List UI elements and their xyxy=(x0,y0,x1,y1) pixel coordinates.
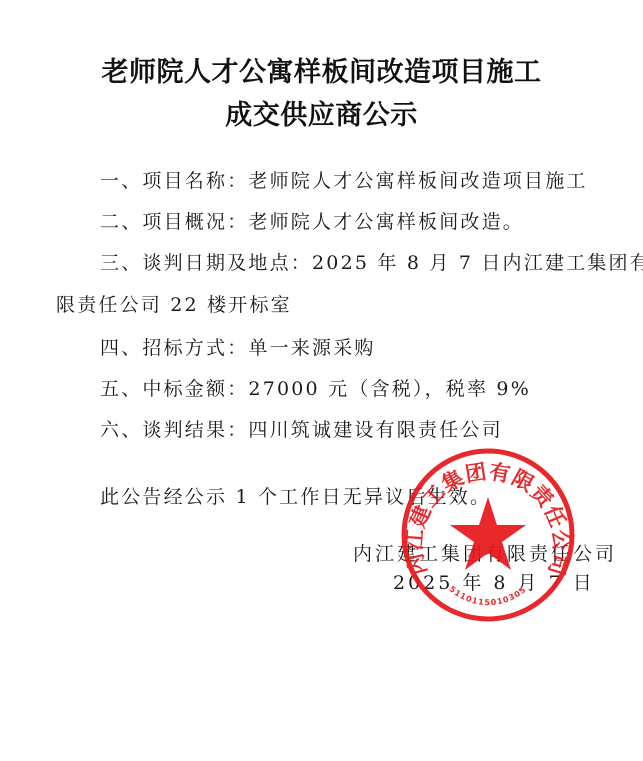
item-label: 四、招标方式： xyxy=(100,337,248,359)
notice-text: 此公告经公示 1 个工作日无异议后生效。 xyxy=(100,482,491,509)
item-tender-method: 四、招标方式：单一来源采购 xyxy=(100,333,376,360)
item-value: 四川筑诚建设有限责任公司 xyxy=(248,419,502,441)
signature-company: 内江建工集团有限责任公司 xyxy=(353,539,617,566)
official-seal: 内江建工集团有限责任公司 5110115010305 xyxy=(400,447,576,623)
item-bid-amount: 五、中标金额：27000 元（含税），税率 9% xyxy=(100,374,531,401)
document-title-line1: 老师院人才公寓样板间改造项目施工 xyxy=(0,50,643,89)
item-value: 2025 年 8 月 7 日内江建工集团有 xyxy=(312,252,643,274)
item-label: 二、项目概况： xyxy=(100,211,248,233)
signature-date: 2025 年 8 月 7 日 xyxy=(393,568,595,595)
item-negotiation-date-place-continuation: 限责任公司 22 楼开标室 xyxy=(56,290,292,317)
item-project-overview: 二、项目概况：老师院人才公寓样板间改造。 xyxy=(100,207,524,234)
item-value: 老师院人才公寓样板间改造。 xyxy=(248,211,524,233)
item-value: 27000 元（含税），税率 9% xyxy=(248,378,531,400)
item-label: 五、中标金额： xyxy=(100,378,248,400)
item-project-name: 一、项目名称：老师院人才公寓样板间改造项目施工 xyxy=(100,166,588,193)
item-negotiation-result: 六、谈判结果：四川筑诚建设有限责任公司 xyxy=(100,415,503,442)
item-label: 六、谈判结果： xyxy=(100,419,248,441)
item-value: 单一来源采购 xyxy=(248,337,375,359)
item-label: 一、项目名称： xyxy=(100,170,248,192)
document-title-line2: 成交供应商公示 xyxy=(0,93,643,132)
item-negotiation-date-place: 三、谈判日期及地点：2025 年 8 月 7 日内江建工集团有 xyxy=(100,248,643,275)
item-value: 老师院人才公寓样板间改造项目施工 xyxy=(248,170,587,192)
item-label: 三、谈判日期及地点： xyxy=(100,252,312,274)
